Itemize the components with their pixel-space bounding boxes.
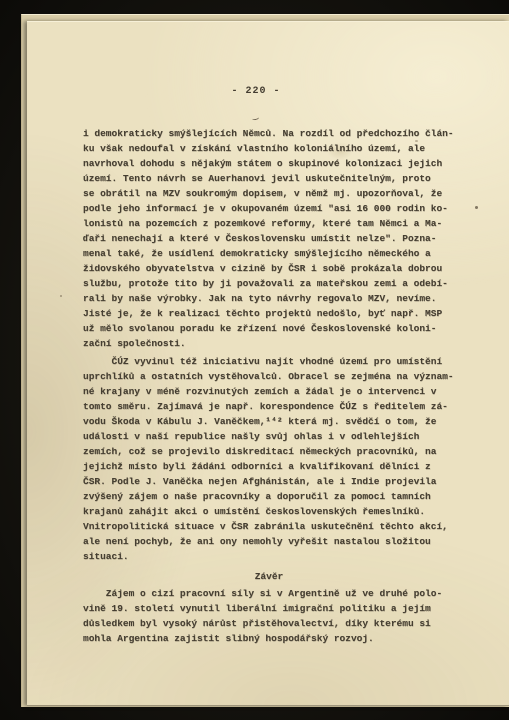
page-text: i demokraticky smýšlejících Němců. Na ro… — [83, 126, 455, 646]
text-line: menal také, že usídlení demokraticky smý… — [83, 246, 455, 261]
text-line: jejichž místo byli žádáni odborníci a kv… — [83, 459, 455, 474]
text-line: území. Tento návrh se Auerhanovi jevil u… — [83, 171, 455, 186]
text-line: rali by naše výrobky. Jak na tyto návrhy… — [83, 291, 455, 306]
text-line: službu, protože tito by ji považovali za… — [83, 276, 455, 291]
text-line: tomto směru. Zajímavá je např. korespond… — [83, 399, 455, 414]
document-page: - 220 - i demokraticky smýšlejících Němc… — [27, 21, 509, 706]
text-line: ČÚZ vyvinul též iniciativu najít vhodné … — [83, 354, 455, 369]
section-heading: Závěr — [83, 569, 455, 584]
text-line: se obrátil na MZV soukromým dopisem, v n… — [83, 186, 455, 201]
scan-speck — [60, 295, 62, 297]
text-line: Jisté je, že k realizaci těchto projektů… — [83, 306, 455, 321]
text-line: zvýšený zájem o naše pracovníky a doporu… — [83, 489, 455, 504]
text-line: důsledkem byl vysoký nárůst přistěhovale… — [83, 616, 455, 631]
text-line: situaci. — [83, 549, 455, 564]
text-line: Vnitropolitická situace v ČSR zabránila … — [83, 519, 455, 534]
text-line: mohla Argentina zajistit slibný hospodář… — [83, 631, 455, 646]
text-line: už mělo svolanou poradu ke zřízení nové … — [83, 321, 455, 336]
text-line: zační společnosti. — [83, 336, 455, 351]
text-line: navrhoval dohodu s nějakým státem o skup… — [83, 156, 455, 171]
text-line: Zájem o cizí pracovní síly si v Argentin… — [83, 586, 455, 601]
text-line: uprchlíků a ostatních vystěhovalců. Obra… — [83, 369, 455, 384]
text-line: ku však nedoufal v získání vlastního kol… — [83, 141, 455, 156]
page-number: - 220 - — [27, 84, 485, 99]
paragraph: Zájem o cizí pracovní síly si v Argentin… — [83, 586, 455, 646]
text-line: lonistů na pozemcích z pozemkové reformy… — [83, 216, 455, 231]
paragraph: ČÚZ vyvinul též iniciativu najít vhodné … — [83, 354, 455, 564]
text-line: vodu Škoda v Kábulu J. Vaněčkem,¹⁴² kter… — [83, 414, 455, 429]
text-line: ČSR. Podle J. Vaněčka nejen Afghánistán,… — [83, 474, 455, 489]
text-line: podle jeho informací je v okupovaném úze… — [83, 201, 455, 216]
scan-speck — [475, 206, 478, 209]
text-line: né krajany v méně rozvinutých zemích a ž… — [83, 384, 455, 399]
text-line: židovského obyvatelstva v cizině by ČSR … — [83, 261, 455, 276]
text-line: zemích, což se projevilo diskreditací ně… — [83, 444, 455, 459]
text-line: i demokraticky smýšlejících Němců. Na ro… — [83, 126, 455, 141]
text-line: ale není pochyb, že ani ony nemohly vyře… — [83, 534, 455, 549]
pen-mark — [252, 115, 260, 120]
text-line: ďaři nenechají a které v Československu … — [83, 231, 455, 246]
text-line: vině 19. století vynutil liberální imigr… — [83, 601, 455, 616]
text-line: krajanů zahájit akci o umístění českoslo… — [83, 504, 455, 519]
paragraph: i demokraticky smýšlejících Němců. Na ro… — [83, 126, 455, 351]
text-line: události v naší republice našly svůj ohl… — [83, 429, 455, 444]
